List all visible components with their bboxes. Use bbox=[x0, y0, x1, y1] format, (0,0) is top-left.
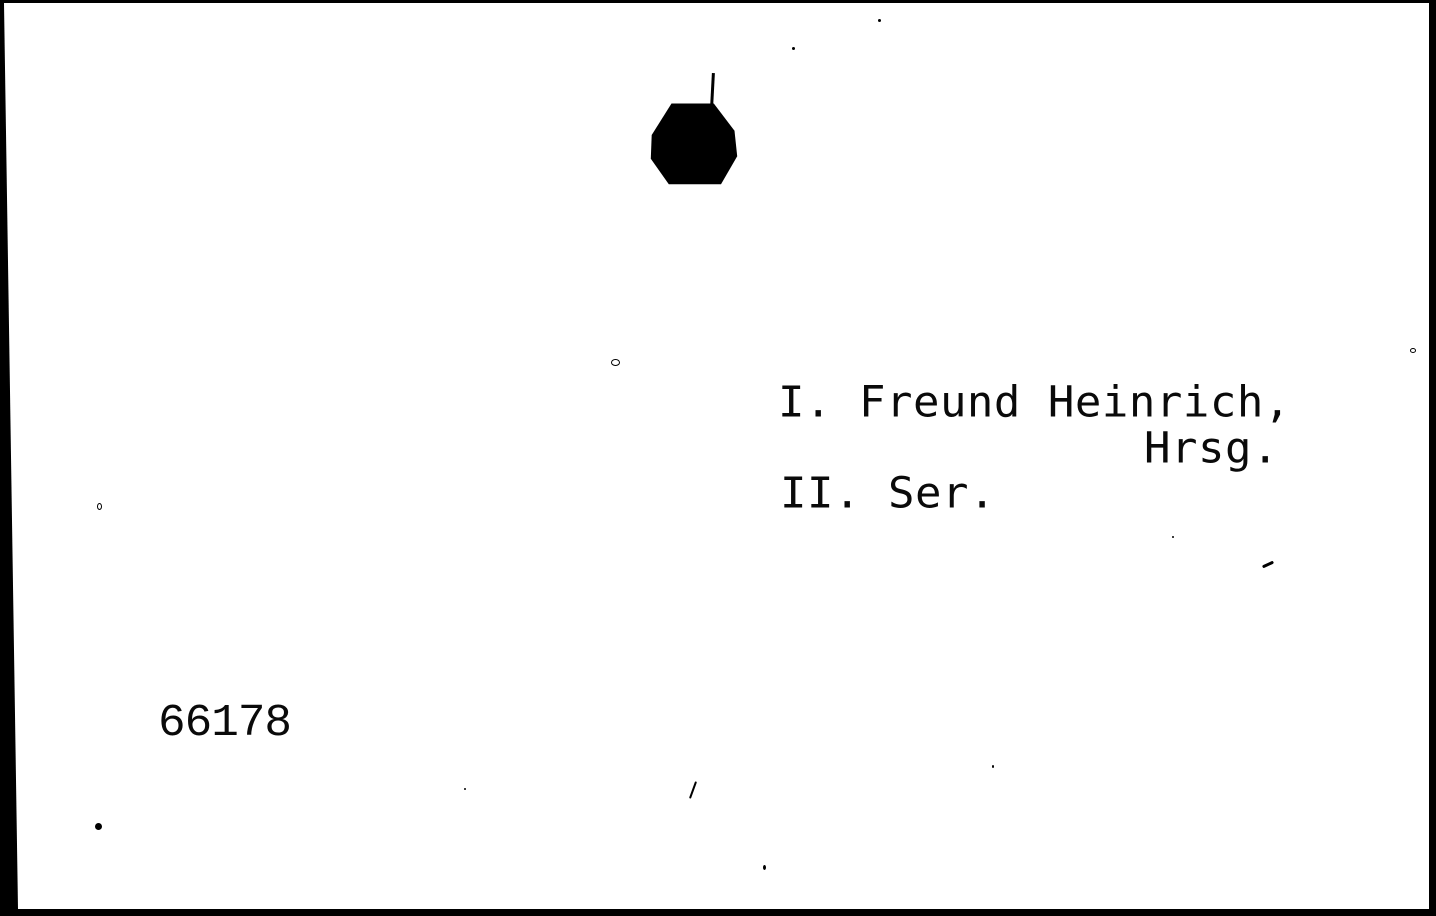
punch-hole-tear bbox=[710, 73, 715, 107]
scan-speck bbox=[97, 503, 102, 510]
tracing-1: I. Freund Heinrich, bbox=[778, 381, 1291, 424]
scan-speck bbox=[878, 19, 881, 22]
scan-speck bbox=[464, 788, 466, 790]
scan-speck bbox=[992, 765, 994, 768]
scan-speck bbox=[1262, 561, 1274, 569]
punch-hole bbox=[649, 101, 739, 186]
tracing-2: II. Ser. bbox=[780, 472, 996, 515]
scan-speck bbox=[611, 359, 620, 366]
scan-speck bbox=[763, 865, 766, 870]
scan-speck bbox=[1172, 536, 1174, 538]
scan-speck bbox=[95, 823, 102, 830]
catalog-card: I. Freund Heinrich, Hrsg. II. Ser. 66178 bbox=[4, 3, 1429, 909]
scan-speck bbox=[689, 781, 697, 799]
accession-number: 66178 bbox=[158, 700, 291, 745]
scan-speck bbox=[792, 47, 795, 50]
scan-speck bbox=[1410, 348, 1416, 353]
tracing-1-continuation: Hrsg. bbox=[1144, 427, 1279, 470]
